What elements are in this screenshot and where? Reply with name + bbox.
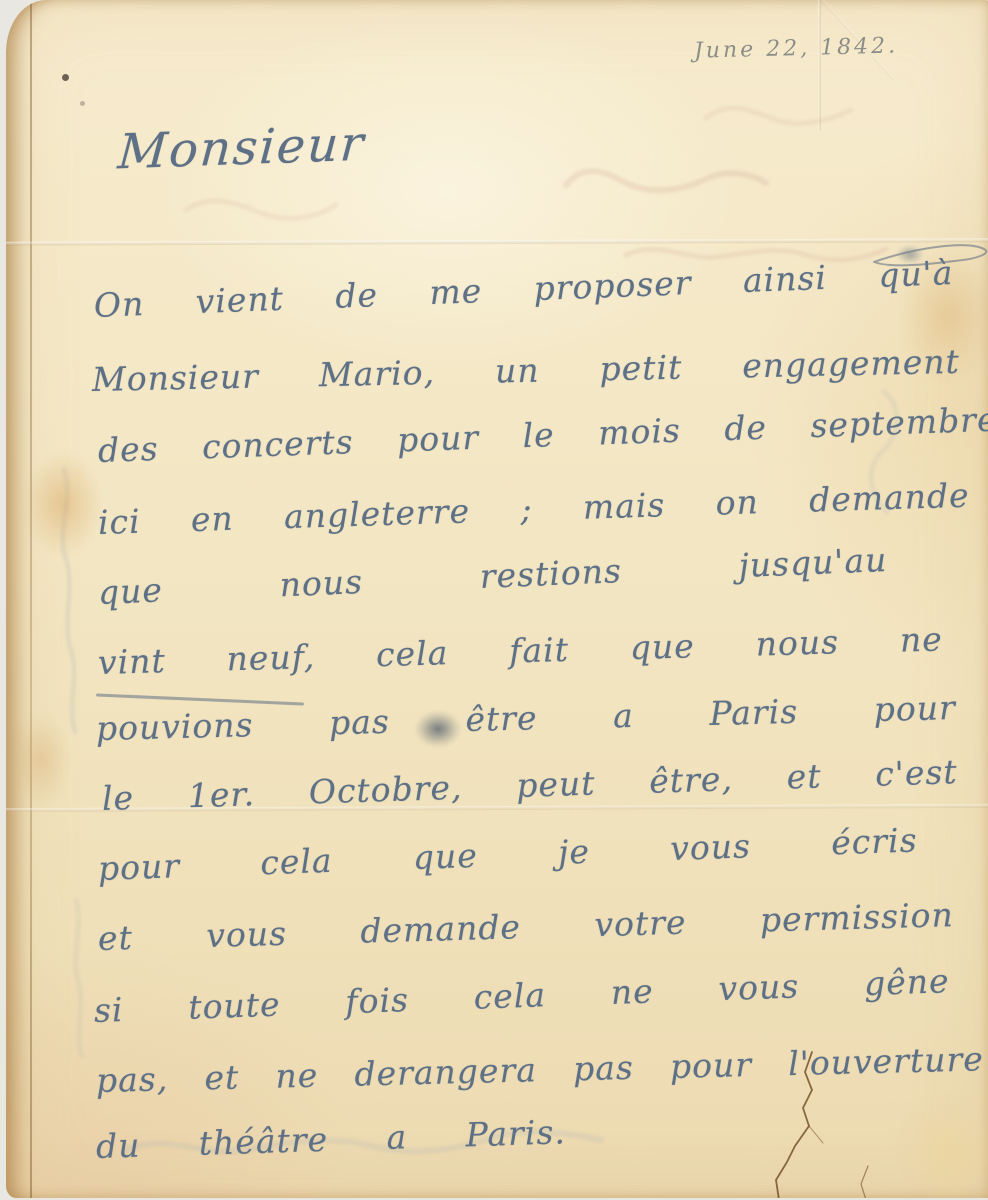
foxing-stain <box>12 712 70 808</box>
paper-edge-fold <box>30 0 32 1198</box>
fold-crease-vertical <box>818 0 821 130</box>
letter-page: June 22, 1842. Monsieur On vient de me p… <box>6 0 988 1198</box>
handwriting-line-8: le 1er. Octobre, peut être, et c'est <box>101 749 958 822</box>
handwriting-line-4: ici en angleterre ; mais on demande <box>97 473 970 546</box>
handwriting-line-5: que nous restions jusqu'au <box>97 537 888 616</box>
handwriting-line-13: du théâtre a Paris. <box>95 1109 566 1170</box>
handwriting-line-7: pouvions pas être a Paris pour <box>95 685 956 752</box>
fold-crease-upper <box>6 238 988 245</box>
handwriting-line-2: Monsieur Mario, un petit engagement <box>92 339 961 403</box>
handwriting-line-12: pas, et ne derangera pas pour l'ouvertur… <box>95 1036 984 1104</box>
paper-tear <box>861 1166 868 1198</box>
ink-speck <box>62 74 69 81</box>
torn-corner-patch <box>898 1096 988 1198</box>
handwriting-line-11: si toute fois cela ne vous gêne <box>93 958 950 1034</box>
foxing-stain <box>24 452 102 556</box>
handwriting-line-1: On vient de me proposer ainsi qu'à <box>93 250 954 329</box>
scan-background: June 22, 1842. Monsieur On vient de me p… <box>0 0 988 1200</box>
handwriting-line-3: des concerts pour le mois de septembre <box>97 397 988 474</box>
salutation: Monsieur <box>116 116 367 181</box>
ink-speck <box>80 101 85 106</box>
handwriting-line-9: pour cela que je vous écris <box>97 817 918 892</box>
handwriting-line-10: et vous demande votre permission <box>97 892 954 962</box>
paper-tear-branch <box>809 1126 823 1143</box>
handwriting-line-6: vint neuf, cela fait que nous ne <box>97 616 943 686</box>
